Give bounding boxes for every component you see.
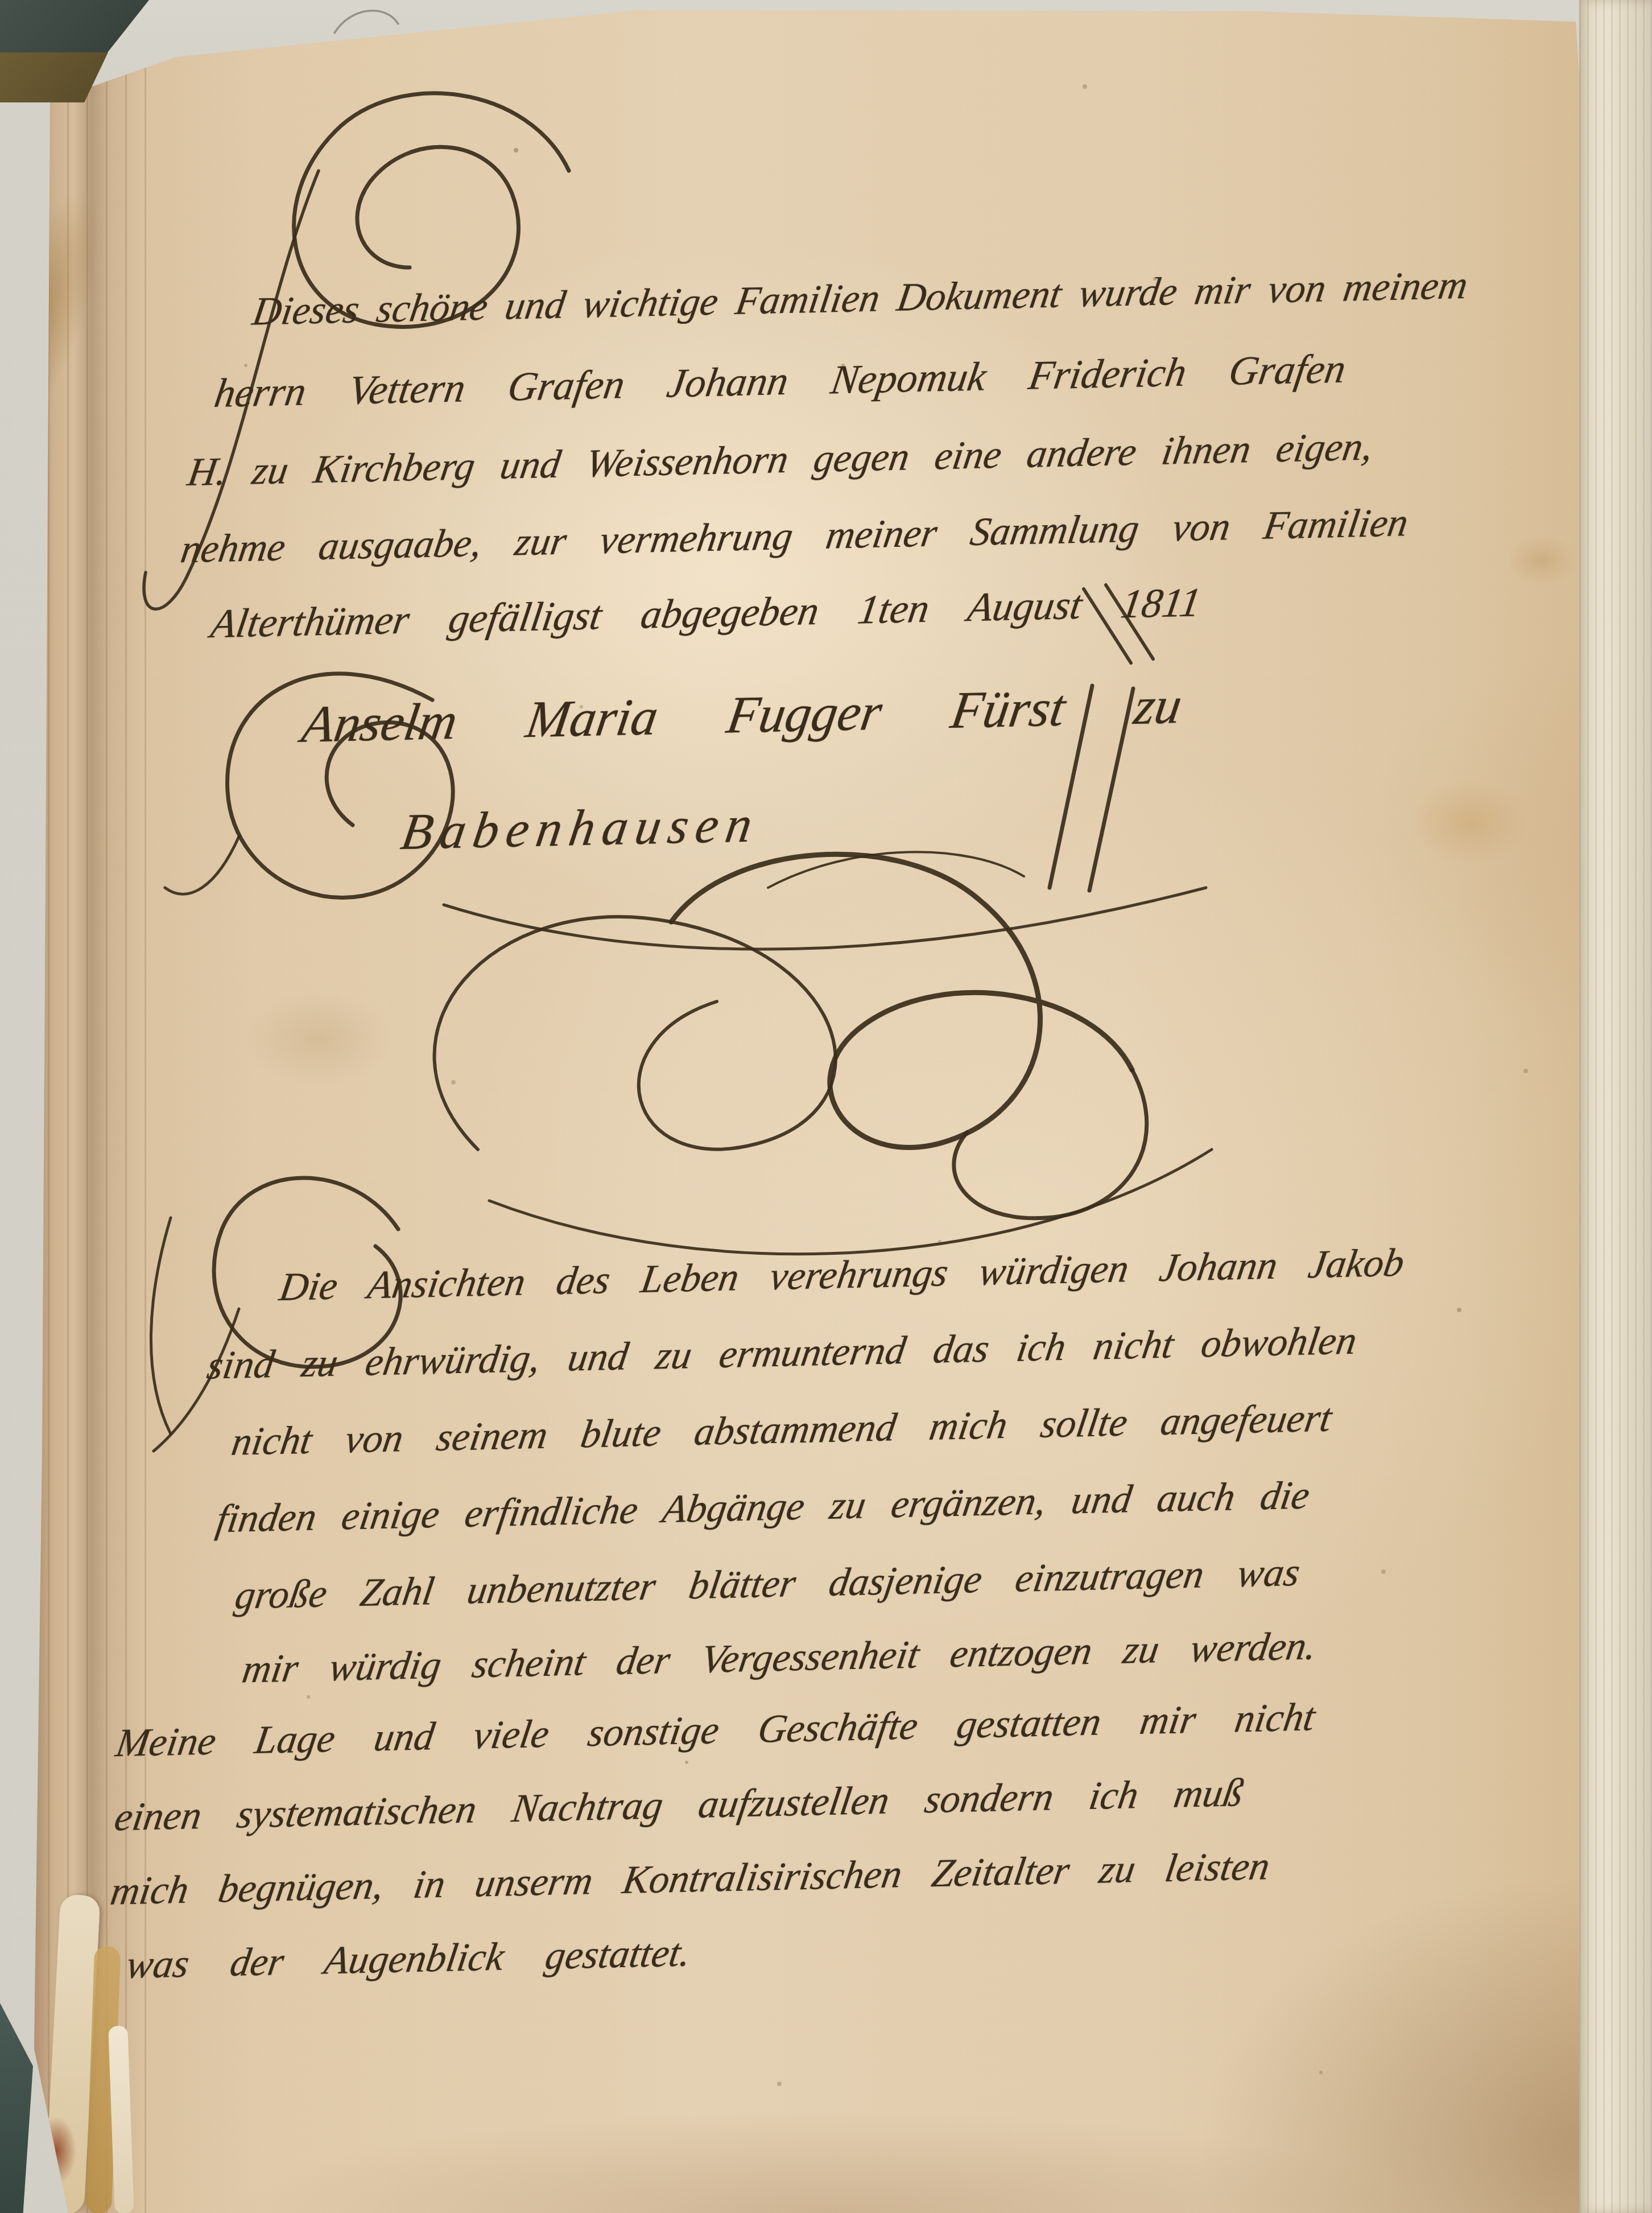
manuscript-line: Dieses schöne und wichtige Familien Doku… xyxy=(250,266,1471,332)
manuscript-line: nicht von seinem blute abstammend mich s… xyxy=(229,1398,1334,1462)
signature-line: Anselm Maria Fugger Fürst zu xyxy=(299,679,1186,751)
manuscript-line: was der Augenblick gestattet. xyxy=(123,1933,693,1985)
manuscript-line: herrn Vettern Grafen Johann Nepomuk Frid… xyxy=(212,348,1348,414)
manuscript-line: H. zu Kirchberg und Weissenhorn gegen ei… xyxy=(185,427,1376,493)
manuscript-line: Meine Lage und viele sonstige Geschäfte … xyxy=(113,1697,1318,1763)
scanned-manuscript-canvas: Dieses schöne und wichtige Familien Doku… xyxy=(0,0,1652,2213)
manuscript-line: mir würdig scheint der Vergessenheit ent… xyxy=(239,1626,1319,1689)
manuscript-line: nehme ausgaabe, zur vermehrung meiner Sa… xyxy=(178,503,1411,570)
manuscript-line: mich begnügen, in unserm Kontralisirisch… xyxy=(108,1847,1273,1912)
manuscript-line: sind zu ehrwürdig, und zu ermunternd das… xyxy=(205,1321,1360,1386)
manuscript-line: finden einige erfindliche Abgänge zu erg… xyxy=(213,1476,1312,1539)
manuscript-line: Alterthümer gefälligst abgegeben 1ten Au… xyxy=(208,582,1204,644)
handwritten-text: Dieses schöne und wichtige Familien Doku… xyxy=(0,0,1652,2213)
manuscript-line: einen systematischen Nachtrag aufzustell… xyxy=(112,1773,1246,1838)
manuscript-line: große Zahl unbenutzter blätter dasjenige… xyxy=(232,1553,1302,1616)
manuscript-line: Die Ansichten des Leben verehrungs würdi… xyxy=(277,1243,1407,1308)
signature-line: Babenhausen xyxy=(398,799,763,858)
